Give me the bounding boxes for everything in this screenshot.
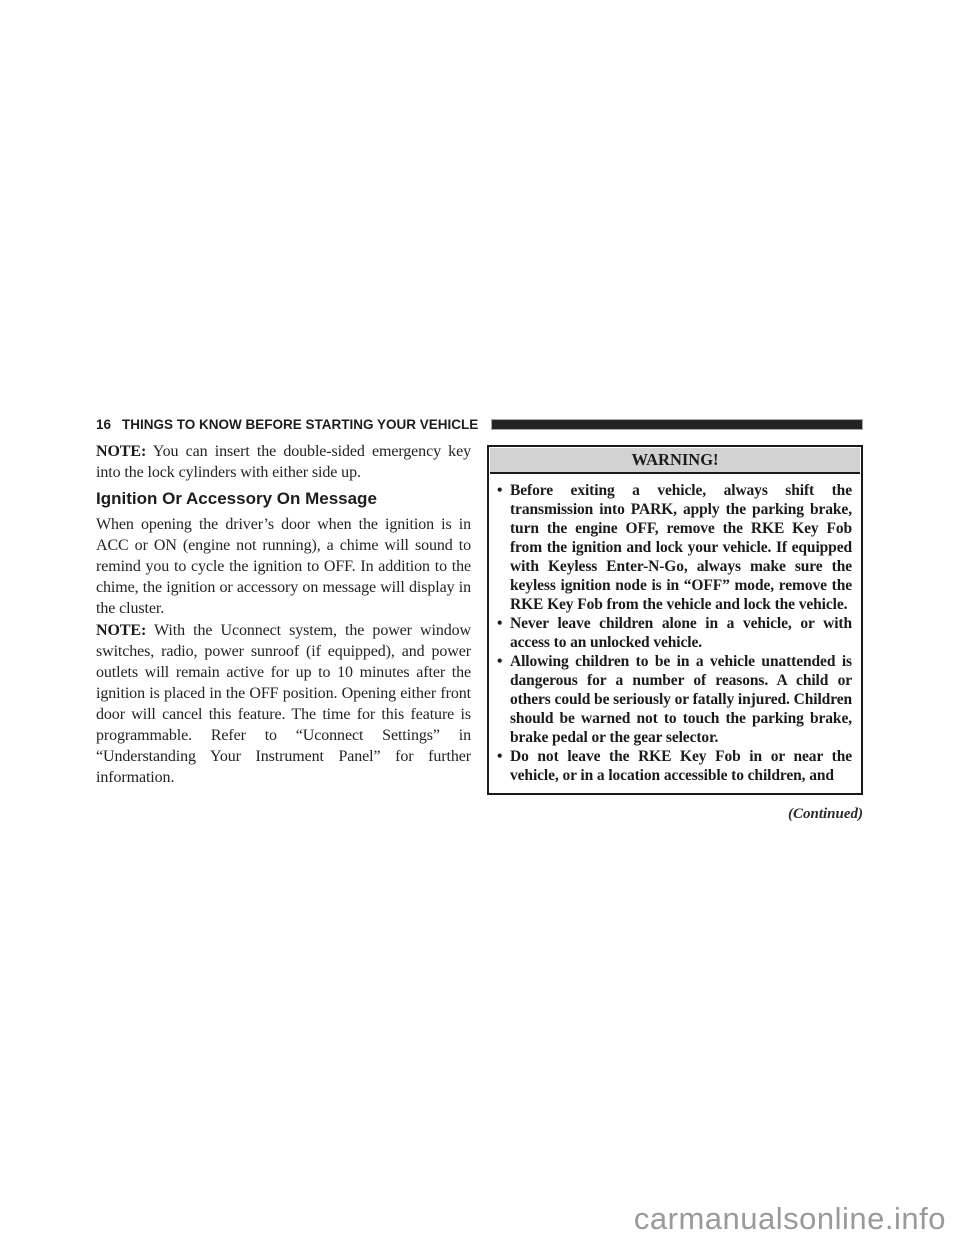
note-paragraph-2: NOTE: With the Uconnect system, the powe… — [96, 620, 471, 788]
section-heading: Ignition Or Accessory On Message — [96, 489, 471, 509]
bullet-icon: • — [497, 747, 510, 785]
warning-box: WARNING! • Before exiting a vehicle, alw… — [487, 445, 863, 795]
continued-note: (Continued) — [487, 806, 863, 823]
bullet-text: Never leave children alone in a vehicle,… — [510, 614, 852, 652]
bullet-icon: • — [497, 652, 510, 747]
warning-bullet-item: • Before exiting a vehicle, always shift… — [497, 481, 852, 614]
header-rule-bar — [491, 419, 863, 430]
manual-page: 16 THINGS TO KNOW BEFORE STARTING YOUR V… — [0, 0, 960, 1242]
note-text: With the Uconnect system, the power wind… — [96, 622, 471, 786]
warning-bullet-item: • Allowing children to be in a vehicle u… — [497, 652, 852, 747]
warning-title: WARNING! — [490, 448, 860, 474]
bullet-icon: • — [497, 614, 510, 652]
note-label: NOTE: — [96, 622, 146, 639]
bullet-text: Do not leave the RKE Key Fob in or near … — [510, 747, 852, 785]
body-paragraph: When opening the driver’s door when the … — [96, 514, 471, 619]
warning-bullet-item: • Do not leave the RKE Key Fob in or nea… — [497, 747, 852, 785]
bullet-icon: • — [497, 481, 510, 614]
page-number: 16 — [96, 417, 111, 432]
note-paragraph-1: NOTE: You can insert the double-sided em… — [96, 441, 471, 483]
warning-bullet-list: • Before exiting a vehicle, always shift… — [489, 474, 861, 793]
right-column: WARNING! • Before exiting a vehicle, alw… — [487, 445, 863, 823]
warning-bullet-item: • Never leave children alone in a vehicl… — [497, 614, 852, 652]
note-label: NOTE: — [96, 443, 146, 460]
watermark: carmanualsonline.info — [634, 1201, 946, 1237]
left-column: NOTE: You can insert the double-sided em… — [96, 441, 471, 794]
page-header: 16 THINGS TO KNOW BEFORE STARTING YOUR V… — [96, 417, 863, 432]
bullet-text: Before exiting a vehicle, always shift t… — [510, 481, 852, 614]
chapter-title: THINGS TO KNOW BEFORE STARTING YOUR VEHI… — [122, 417, 478, 432]
note-text: You can insert the double-sided emergenc… — [96, 443, 471, 481]
bullet-text: Allowing children to be in a vehicle una… — [510, 652, 852, 747]
